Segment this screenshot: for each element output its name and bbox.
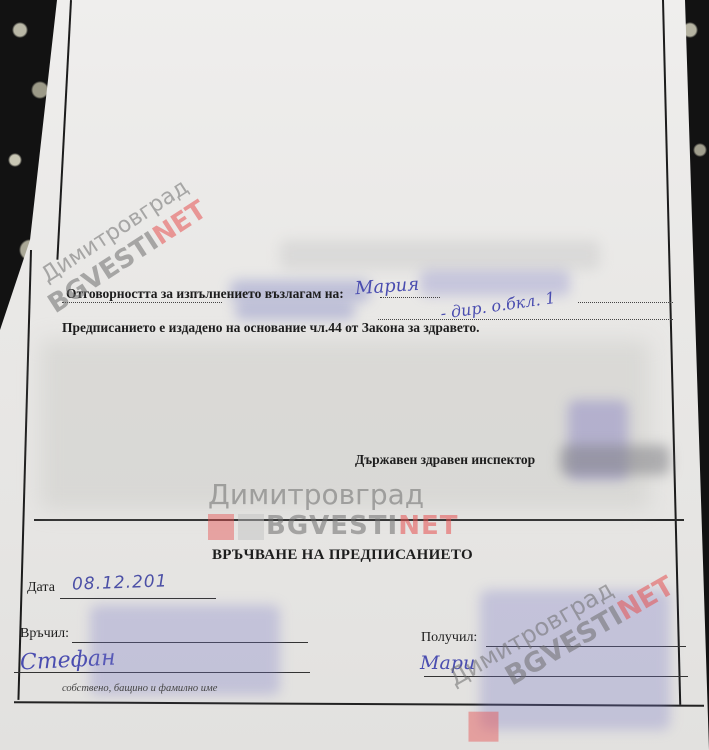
dotted-fill-line — [578, 302, 673, 303]
section-title: ВРЪЧВАНЕ НА ПРЕДПИСАНИЕТО — [212, 547, 473, 564]
handwritten-responsible-name: Мария — [354, 274, 420, 299]
inspector-label: Държавен здравен инспектор — [355, 452, 535, 468]
dotted-fill-line — [380, 297, 440, 298]
date-underline — [60, 598, 216, 599]
redacted-body-text — [40, 340, 650, 510]
responsibility-label: Отговорността за изпълнението възлагам н… — [66, 286, 344, 302]
handwritten-received-name: Мари — [420, 652, 475, 674]
redacted-handwriting — [235, 302, 355, 320]
redacted-received-name — [480, 590, 670, 730]
date-label: Дата — [27, 580, 55, 596]
received-by-label: Получил: — [421, 630, 477, 646]
delivered-by-label: Връчил: — [20, 626, 69, 642]
legal-basis-text: Предписанието е издадено на основание чл… — [62, 320, 480, 336]
redacted-label-end — [280, 240, 600, 270]
full-name-caption: собствено, бащино и фамилно име — [62, 683, 217, 694]
handwritten-date: 08.12.201 — [72, 571, 168, 594]
section-divider — [34, 519, 684, 521]
redacted-delivered-name — [90, 605, 280, 695]
dotted-fill-line — [62, 302, 222, 303]
redacted-inspector-name — [560, 445, 670, 475]
